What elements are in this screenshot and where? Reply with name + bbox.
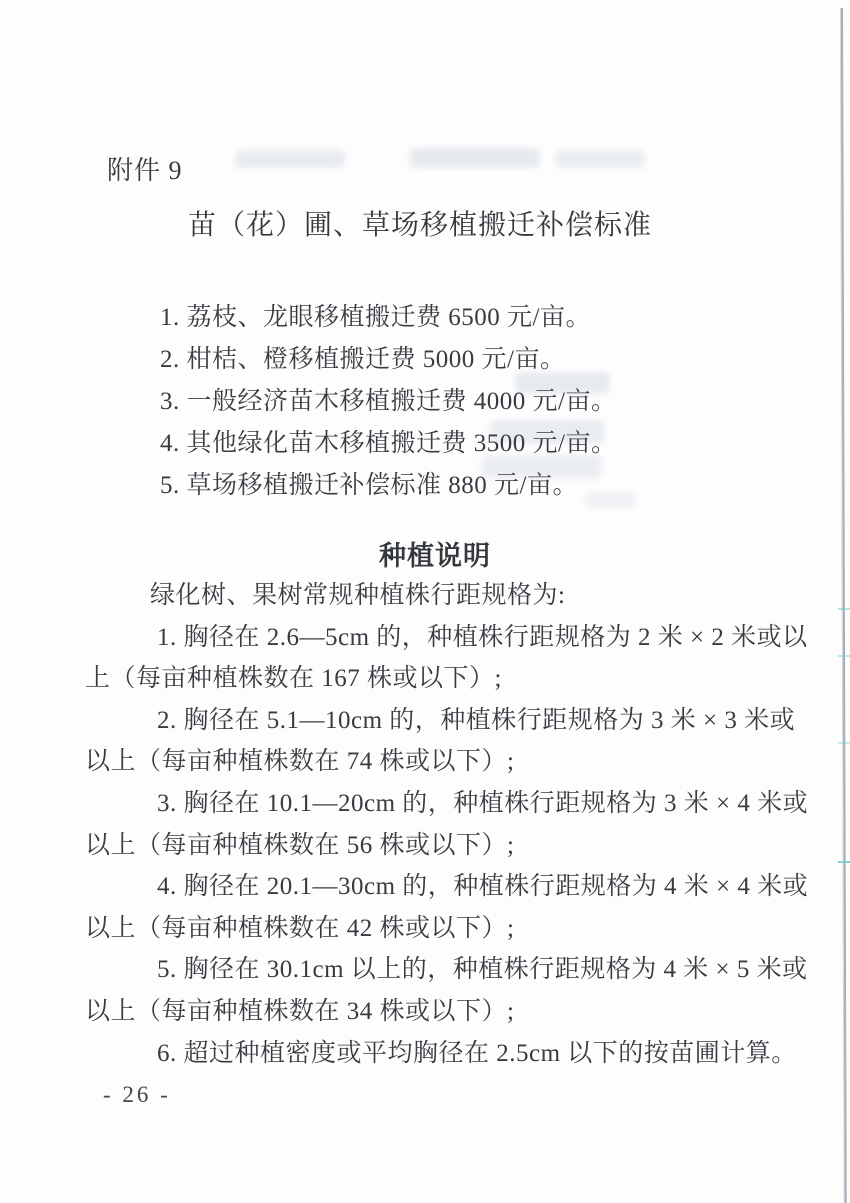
spec-item-5-line-2: 以上（每亩种植株数在 34 株或以下）;: [85, 991, 785, 1033]
scan-cyan-tick: [838, 608, 850, 610]
spec-item-4-line-2: 以上（每亩种植株数在 42 株或以下）;: [85, 908, 785, 950]
compensation-item-1: 1. 荔枝、龙眼移植搬迁费 6500 元/亩。: [160, 297, 616, 339]
compensation-item-3: 3. 一般经济苗木移植搬迁费 4000 元/亩。: [160, 381, 616, 423]
scan-cyan-tick: [838, 861, 850, 863]
scan-cyan-tick: [838, 742, 850, 744]
section-heading: 种植说明: [20, 537, 850, 575]
spec-item-1-line-2: 上（每亩种植株数在 167 株或以下）;: [85, 658, 785, 700]
spec-item-2-line-2: 以上（每亩种植株数在 74 株或以下）;: [85, 741, 785, 783]
spec-item-3-line-1: 3. 胸径在 10.1—20cm 的，种植株行距规格为 3 米 × 4 米或: [85, 783, 785, 825]
spec-item-1-line-1: 1. 胸径在 2.6—5cm 的，种植株行距规格为 2 米 × 2 米或以: [85, 617, 785, 659]
document-title: 苗（花）圃、草场移植搬迁补偿标准: [0, 206, 840, 246]
bleedthrough-smudge: [410, 148, 540, 168]
planting-intro: 绿化树、果树常规种植株行距规格为:: [85, 575, 785, 617]
compensation-item-2: 2. 柑桔、橙移植搬迁费 5000 元/亩。: [160, 339, 616, 381]
compensation-list: 1. 荔枝、龙眼移植搬迁费 6500 元/亩。 2. 柑桔、橙移植搬迁费 500…: [160, 297, 616, 507]
attachment-label: 附件 9: [107, 150, 183, 192]
compensation-item-5: 5. 草场移植搬迁补偿标准 880 元/亩。: [160, 465, 616, 507]
page-number: - 26 -: [103, 1074, 171, 1116]
bleedthrough-smudge: [555, 150, 645, 168]
bleedthrough-smudge: [235, 150, 345, 168]
compensation-item-4: 4. 其他绿化苗木移植搬迁费 3500 元/亩。: [160, 423, 616, 465]
spec-item-2-line-1: 2. 胸径在 5.1—10cm 的，种植株行距规格为 3 米 × 3 米或: [85, 700, 785, 742]
spec-item-5-line-1: 5. 胸径在 30.1cm 以上的，种植株行距规格为 4 米 × 5 米或: [85, 949, 785, 991]
spec-item-6-line-1: 6. 超过种植密度或平均胸径在 2.5cm 以下的按苗圃计算。: [85, 1033, 785, 1075]
scanned-document-page: 附件 9 苗（花）圃、草场移植搬迁补偿标准 1. 荔枝、龙眼移植搬迁费 6500…: [0, 0, 850, 1203]
spec-item-4-line-1: 4. 胸径在 20.1—30cm 的，种植株行距规格为 4 米 × 4 米或: [85, 866, 785, 908]
spec-item-3-line-2: 以上（每亩种植株数在 56 株或以下）;: [85, 825, 785, 867]
scan-edge-line: [840, 8, 847, 1203]
scan-cyan-tick: [838, 655, 850, 657]
planting-notes: 绿化树、果树常规种植株行距规格为: 1. 胸径在 2.6—5cm 的，种植株行距…: [85, 575, 785, 1074]
